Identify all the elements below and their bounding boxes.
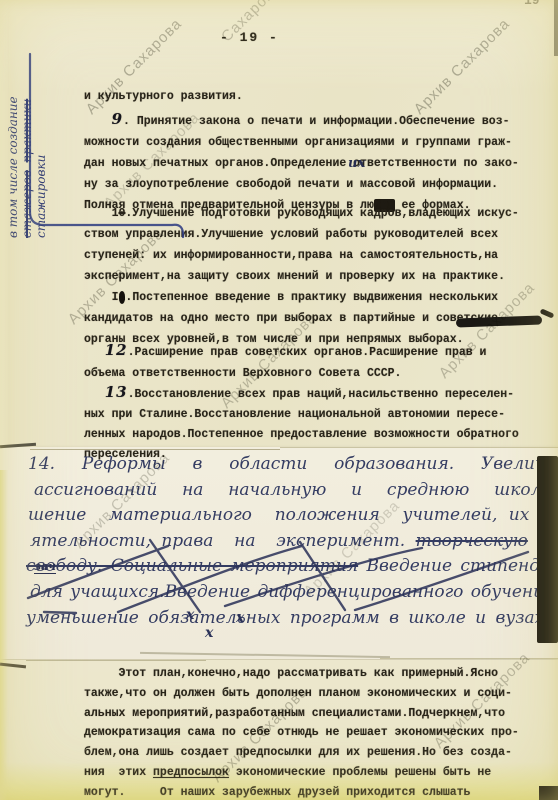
x-mark: x — [205, 625, 213, 641]
text-line: свободу. Социальные мероприятия Введение… — [26, 554, 558, 580]
document-scan-page: - 19 - 19 и культурного развития. 9. При… — [0, 0, 558, 800]
text-line: ленных народов.Постепенное предоставлени… — [84, 425, 519, 445]
scan-dark-edge-top-right — [554, 0, 558, 56]
text-line: кандидатов на одно место при выборах в п… — [84, 308, 498, 329]
text-line: альных мероприятий,разработанным специал… — [84, 704, 519, 724]
margin-note: в том числе созданиестажеров практикиста… — [6, 23, 48, 238]
text-line: ну за злоупотребление свободой печати и … — [84, 174, 519, 195]
text-line: для учащихся.Введение дифференцированног… — [30, 580, 558, 606]
text-line: ния этих предпосылок экономические пробл… — [84, 763, 519, 783]
scan-black-square-bottom-right — [539, 786, 558, 800]
corner-page-mark: 19 — [524, 0, 540, 8]
ink-correction-ih: их — [348, 156, 365, 171]
seam-line — [0, 663, 26, 669]
x-mark: x — [236, 610, 244, 626]
text-line: шение материального положения учителей, … — [28, 503, 558, 529]
page-number: - 19 - — [220, 27, 279, 48]
text-line: ступеней: их информированности,права на … — [84, 245, 519, 266]
seam-line — [140, 652, 390, 658]
typed-paragraph-intro: и культурного развития. — [84, 86, 243, 107]
seam-line — [0, 443, 36, 449]
text-line: ных при Сталине.Восстановление националь… — [84, 405, 519, 425]
paper-edge-shade-top — [0, 0, 558, 90]
text-line: ассигнований на начальную и среднюю школ… — [34, 478, 558, 504]
text-line: и культурного развития. — [84, 86, 243, 107]
ink-redaction-blob-tail — [540, 308, 555, 318]
text-line: эксперимент,на защиту своих мнений и про… — [84, 266, 519, 287]
text-line: I1.Постепенное введение в практику выдви… — [84, 287, 498, 308]
text-line: 12.Расширение прав советских органов.Рас… — [84, 341, 486, 363]
text-line: ством управления.Улучшение условий работ… — [84, 224, 519, 245]
text-line: также,что он должен быть дополнен планом… — [84, 684, 519, 704]
text-line: ятельности, права на эксперимент. творче… — [30, 529, 558, 555]
typed-paragraph-closing: Этот план,конечно,надо рассматривать как… — [84, 664, 519, 800]
x-mark: x — [186, 607, 194, 623]
text-line: стажеров практики — [20, 23, 34, 238]
typed-paragraph-item9: 9. Принятие закона о печати и информации… — [84, 110, 519, 216]
text-line: дан новых печатных органов.Определение о… — [84, 153, 519, 174]
seam-line — [380, 658, 558, 659]
text-line: в том числе создание — [6, 23, 20, 238]
text-line: 14. Реформы в области образования. Увели… — [28, 452, 558, 478]
text-line: 9. Принятие закона о печати и информации… — [84, 110, 519, 132]
text-line: демократизация сама по себе отнюдь не ре… — [84, 723, 519, 743]
text-line: могут. От наших зарубежных друзей приход… — [84, 783, 519, 800]
text-line: блем,она лишь создает предпосылки для их… — [84, 743, 519, 763]
text-line: Этот план,конечно,надо рассматривать как… — [84, 664, 519, 684]
text-line: 10.Улучшение подготовки руководящих кадр… — [84, 203, 519, 224]
text-line: можности создания общественными организа… — [84, 132, 519, 153]
ink-note-zach: зач — [34, 560, 56, 574]
paper-edge-shade-left-bottom — [0, 470, 8, 800]
seam-line — [26, 660, 206, 661]
watermark-stamp: Архив Сахарова — [411, 15, 514, 118]
typed-paragraph-item12: 12.Расширение прав советских органов.Рас… — [84, 341, 486, 384]
text-line: объема ответственности Верховного Совета… — [84, 363, 486, 384]
text-line: уменьшение обязательных программ в школе… — [26, 606, 558, 632]
typed-paragraph-item10: 10.Улучшение подготовки руководящих кадр… — [84, 203, 519, 287]
text-line: 13.Восстановление всех прав наций,насиль… — [84, 383, 519, 405]
text-line: стажировки — [34, 23, 48, 238]
handwritten-section-14: 14. Реформы в области образования. Увели… — [24, 452, 558, 631]
